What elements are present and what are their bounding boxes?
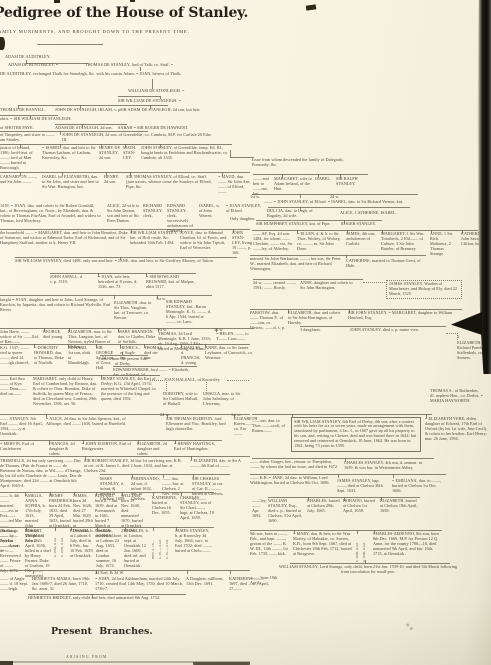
- pedigree-connector-line: [150, 105, 151, 109]
- pedigree-connector-line: [30, 115, 31, 119]
- pedigree-entry: JOHN STANLEY, of Greenfilde, temp. Ed. I…: [141, 146, 233, 161]
- pedigree-connector-line: [18, 105, 168, 106]
- pedigree-connector-line: [0, 527, 214, 528]
- pedigree-connector-line: [101, 375, 102, 379]
- pedigree-connector-line: [120, 344, 121, 348]
- pedigree-entry: ELIZABETH, buried at Chelsea 19th April,…: [380, 499, 418, 514]
- pedigree-connector-line: [374, 530, 375, 534]
- pedigree-connector-line: [0, 144, 232, 145]
- pedigree-connector-line: [0, 375, 160, 376]
- pedigree-connector-line: [0, 131, 148, 132]
- pedigree-entry: —— K.B. = JANE, 2d dau. to William, Lord…: [250, 476, 334, 486]
- pedigree-entry: TREMOILLE, 2d but only surviving —— Duc …: [0, 459, 82, 489]
- pedigree-connector-line: [150, 380, 163, 381]
- pedigree-connector-line: [37, 44, 103, 45]
- pedigree-entry: DULCIA, dau. to Legh, of Baguley, 2d wif…: [267, 209, 325, 219]
- pedigree-entry: SIR THOMAS EGERTON, lord Ellesmere and V…: [166, 417, 230, 432]
- pedigree-connector-line: [130, 172, 131, 176]
- pedigree-connector-line: [346, 255, 347, 258]
- pedigree-entry-rotated: b. 1654, d. inf.: [54, 529, 60, 557]
- pedigree-connector-line: [131, 229, 132, 233]
- pedigree-connector-line: [230, 157, 254, 158]
- pedigree-entry: FRANCES, 2d daughter & coheir.: [49, 442, 79, 457]
- pedigree-connector-line: [253, 279, 363, 280]
- pedigree-connector-line: [106, 172, 107, 176]
- pedigree-entry: HENRIETTA MARIA, born 19th Jan. 1686-7, …: [32, 577, 92, 592]
- pedigree-connector-line: [0, 229, 250, 230]
- pedigree-connector-line: [308, 497, 309, 501]
- pedigree-entry: MARGARET, only child of Henry, Earl of C…: [33, 377, 99, 407]
- pedigree-entry: SIR THOMAS STANLEY, of Elford, co. Staff…: [126, 175, 216, 190]
- pedigree-entry: A Daughter, stillborn, 13th Dec. 1691.: [186, 577, 226, 587]
- pedigree-connector-line: [15, 257, 237, 258]
- pedigree-entry: WILLIAM STANLEY, Esq., died s. p., burie…: [268, 499, 304, 524]
- pedigree-entry: = JOHN, 2d lord Ashburnham, married 24th…: [95, 577, 183, 592]
- pedigree-entry: SIR JOHN STANLEY. = MARGARET, daughter t…: [348, 311, 463, 321]
- pedigree-entry: DOROTHY, wife to Sir Cuthbert Halsall, o…: [163, 392, 199, 407]
- pedigree-entry: ANNE, dau. to Sir James Leyburne, of Cun…: [205, 346, 257, 361]
- pedigree-connector-line: [166, 382, 167, 391]
- pedigree-entry: MARGARET, wife to Adam Ireland, of the H…: [274, 177, 314, 192]
- pedigree-connector-line: [28, 594, 186, 595]
- pedigree-entry: = JOHN EGERTON, Earl of Bridgewater.: [82, 442, 134, 452]
- scanned-pedigree-page: Pedigree of the House of Stanley. FAMILY…: [0, 0, 491, 665]
- pedigree-entry: MARGARET, 1 Sir Wm. Troutbeck, 2 Eld—— o…: [381, 232, 427, 252]
- pedigree-entry: = ISABEL, dau. and heir to Sir Thomas La…: [42, 146, 98, 161]
- pedigree-connector-line: [98, 273, 99, 277]
- pedigree-connector-line: [125, 527, 126, 531]
- pedigree-connector-line: [0, 295, 212, 296]
- pedigree-connector-line: [250, 255, 426, 256]
- pedigree-connector-line: [300, 207, 301, 211]
- pedigree-entry: = SIR ROWLAND BELWARD, knt. of Malpas, o…: [146, 275, 198, 290]
- pedigree-entry: = JOAN STANLEY, of Elford.: [226, 204, 262, 214]
- pedigree-connector-line: [153, 492, 154, 496]
- pedigree-entry: JOYCE, dau. to Edmund Charlton, ld. of P…: [180, 231, 230, 251]
- pedigree-entry: DE AUDITHLEY, exchanged Thalk for Stonel…: [0, 72, 210, 77]
- pedigree-entry: JAMES, 4th son, archdeacon of Carlisle.: [346, 232, 376, 247]
- pedigree-entry: knight = JOAN, daughter and heir to John…: [0, 298, 112, 313]
- pedigree-entry: URSULA, mar. to Sir John Salisbury, of L…: [203, 392, 243, 407]
- pedigree-entry: SIR WILLIAM STANLEY, knt. of Holt castle…: [130, 231, 178, 246]
- pedigree-entry: MARIA-SOPHIA, born at Lathom 24 Aug. 165…: [96, 529, 122, 569]
- pedigree-connector-line: [181, 344, 182, 348]
- pedigree-entry: —— of Angle—— d. 18 Sept. ——leigh.: [0, 577, 30, 592]
- pedigree-entry: HENRIETTA BRIDGET, only child and heir, …: [28, 596, 188, 601]
- pedigree-entry: justice of Ireland, 1386; lord-lieut. of…: [0, 146, 40, 171]
- pedigree-entry: GEORGE, died young.: [43, 330, 65, 340]
- pedigree-connector-line: [122, 352, 123, 355]
- pedigree-connector-line: [381, 497, 382, 501]
- pedigree-connector-line: [462, 230, 463, 234]
- pedigree-connector-line: [252, 458, 434, 459]
- pedigree-entry: CHARLES, buried at Chelsea 29th July, 16…: [307, 499, 341, 514]
- pedigree-connector-line: [349, 309, 350, 313]
- pedigree-connector-line: [74, 492, 75, 496]
- pedigree-entry: ELIZABETH Raven—— co. Ess——: [234, 417, 254, 437]
- pedigree-entry: ADAM DE ALDITHLEY.: [5, 55, 65, 60]
- pedigree-entry: SIR ROBERT STANLEY, 2d but 1st surviving…: [84, 459, 184, 474]
- pedigree-connector-line: [80, 105, 81, 109]
- pedigree-entry: HENRY, 2d son.: [104, 175, 124, 185]
- pedigree-connector-line: [222, 172, 223, 176]
- pedigree-connector-line: [113, 366, 197, 367]
- pedigree-connector-line: [227, 380, 249, 381]
- footer-heading: Present Branches.: [51, 626, 153, 637]
- pedigree-entry-rotated: b. 1669, d. inf.: [363, 532, 369, 562]
- pedigree-connector-line: [144, 344, 145, 348]
- pedigree-entry: HORATIO, buried at Chelsea 1st April, 16…: [343, 499, 377, 514]
- pedigree-connector-line: [96, 570, 97, 574]
- pedigree-entry: —— STANLEY, 5th Earl ——, died 16 April, …: [0, 417, 44, 437]
- pedigree-entry: the household —— = MARGARET, dau. and he…: [0, 231, 128, 246]
- pedigree-connector-line: [160, 96, 161, 99]
- scan-edge-mark-corner: [0, 661, 13, 665]
- pedigree-entry: —— dau. ——, bur. at Chelsea, 2 Nov. 1661…: [162, 477, 188, 497]
- pedigree-connector-line: [60, 131, 61, 135]
- pedigree-entry: 9th son, born at ——, Feb., and bapt. ——,…: [250, 532, 290, 557]
- pedigree-entry: SIR WILLIAM STANLEY, died 1498, only son…: [15, 259, 240, 264]
- pedigree-entry: CHARLES, b. in London, sept. at Ormskirk…: [124, 529, 150, 569]
- pedigree-connector-line: [82, 124, 83, 128]
- pedigree-connector-line: [55, 527, 56, 531]
- pedigree-entry: HENRY FREDERICK, born 24 Feb. 1633, died…: [49, 494, 71, 529]
- pedigree-connector-line: [187, 570, 188, 574]
- pedigree-entry: PARSTOW, dau. —— Thomas P., of ——ton, co…: [250, 311, 286, 331]
- pedigree-connector-line: [50, 273, 196, 274]
- pedigree-connector-line: [253, 174, 368, 175]
- pedigree-connector-line: [252, 414, 432, 415]
- pedigree-connector-line: [146, 273, 147, 277]
- pedigree-entry: MARY BRANDON, dau. to Charles, Duke of S…: [118, 330, 156, 345]
- pedigree-entry: ——AF, Esq. 2d son, 1484, for whom —— Che…: [253, 232, 295, 252]
- pedigree-entry: = ELIZABETH VERE, eldest daughter of Edw…: [425, 417, 491, 442]
- pedigree-connector-line: [297, 230, 298, 234]
- pedigree-entry: RICHARD STANLEY, clerk,: [143, 204, 165, 219]
- pedigree-entry: 3 daughters.: [300, 328, 330, 333]
- pedigree-connector-line: [0, 570, 250, 571]
- pedigree-entry: ANNE, daughter and coheir to Sir John Ha…: [300, 281, 358, 291]
- pedigree-entry-rotated: b. 1668, d. inf.: [356, 532, 362, 562]
- pedigree-entry: SIR WILLIAM DE STONLEIGH. =: [118, 99, 196, 104]
- pedigree-connector-line: [252, 194, 418, 195]
- pedigree-entry: JOHN STAN- LEY, living 19 ——, p. 166.: [232, 231, 252, 256]
- pedigree-connector-line: [300, 326, 446, 327]
- pedigree-entry: ALICE. CATHERINE. ISABEL.: [340, 211, 412, 216]
- pedigree-connector-line: [344, 220, 345, 224]
- page-title: Pedigree of the House of Stanley.: [0, 5, 248, 21]
- pedigree-connector-line: [393, 474, 394, 478]
- pedigree-connector-line: [62, 172, 63, 176]
- pedigree-connector-line: [0, 440, 222, 441]
- pedigree-entry: CHARLES, d. FRANCIS, d. young.: [181, 346, 203, 366]
- pedigree-connector-line: [230, 570, 231, 574]
- pedigree-entry-rotated: b. 1655, d. inf.: [61, 529, 67, 557]
- pedigree-connector-line: [60, 144, 61, 148]
- pedigree-entry: SIR HUMPHREY STANLEY, knt. of Pipe.: [256, 222, 348, 227]
- pedigree-connector-line: [294, 530, 295, 534]
- pedigree-entry: CARNARVON ——, and Sir John ——: [0, 175, 40, 185]
- pedigree-connector-line: [250, 309, 462, 310]
- pedigree-connector-line: [100, 355, 148, 356]
- pedigree-entry: CHARLES-ZEDENNO, 8th son, born 8th Dec. …: [373, 532, 439, 557]
- pedigree-entry: of Timperley, and sister to ——am Stanley…: [0, 133, 56, 143]
- pedigree-entry: JOHN STANLEY, died s. p. matre viva.: [350, 328, 445, 333]
- pedigree-connector-line: [300, 194, 301, 198]
- pedigree-connector-line: [268, 207, 410, 208]
- pedigree-connector-line: [431, 230, 432, 234]
- pedigree-connector-line: [175, 440, 176, 444]
- pedigree-entry: JOHN ASPALL, d. s. p. 1519.: [50, 275, 86, 285]
- pedigree-entry: SIR EDWARD STANLEY, knt., Baron Monteagl…: [166, 300, 212, 325]
- pedigree-entry: THOMAS DE BANVILL.: [0, 108, 48, 113]
- pedigree-entry: THOMAS S., of Rotherdon, ill. nephew Hen…: [430, 389, 484, 404]
- pedigree-connector-line: [153, 527, 154, 531]
- pedigree-connector-line: [85, 456, 86, 460]
- pedigree-entry: JAMES STANLEY, b. at Knowsley 3d July, 1…: [175, 529, 213, 554]
- pedigree-connector-line: [288, 309, 289, 313]
- pedigree-connector-line: [25, 492, 26, 496]
- paper-smudge: [403, 621, 415, 631]
- pedigree-entry: SIR WILLIAM STANLEY, 6th Earl of Derby, …: [291, 417, 421, 452]
- pedigree-connector-line: [96, 492, 97, 496]
- pedigree-entry: JAMES STANLEY, bap. ——, died at Chelsea …: [337, 479, 387, 494]
- pedigree-entry: = ELIZABETH, dau. to Sir A——, 4th Earl o…: [190, 459, 248, 469]
- scan-nick-top: [130, 0, 135, 2]
- pedigree-entry: = MERVIN, Earl of Castlehaven.: [0, 442, 46, 452]
- pedigree-connector-line: [49, 440, 50, 444]
- pedigree-connector-line: [71, 527, 72, 531]
- pedigree-connector-line: [114, 295, 115, 299]
- pedigree-entry: = MAUD, dau. —— Sir John Ans—— of Elford…: [218, 175, 252, 195]
- pedigree-connector-line: [118, 328, 119, 332]
- pedigree-entry: 2d w. —— created ——, 1594; —— Horsly.: [253, 281, 297, 291]
- pedigree-entry: = JOAN, sole heir, betrothed at 8 years,…: [98, 275, 142, 290]
- pedigree-connector-line: [68, 344, 69, 348]
- pedigree-entry: = HELEN, —— to T—— Lanc——: [216, 332, 252, 342]
- scan-nick-top: [54, 0, 60, 3]
- pedigree-connector-line: [138, 440, 139, 444]
- pedigree-entry: = EMILIANA, dau. to ——, buried at Chelse…: [392, 479, 444, 494]
- pedigree-entry: = ELLEN, d. & h. to Sir Thos. Wolsey, of…: [297, 232, 343, 252]
- pedigree-entry: ANNE, 1 Sir Rich. Molineux, 2 Thomas Str…: [430, 232, 458, 257]
- pedigree-entry: CATHERINE, married to Thomas Gerst, of H…: [346, 259, 426, 269]
- pedigree-entry: WILLIAM STANLEY, Lord Strange, only chil…: [278, 565, 458, 575]
- pedigree-connector-line: [122, 492, 123, 496]
- pedigree-connector-line: [318, 174, 319, 178]
- pedigree-connector-line: [338, 474, 339, 478]
- pedigree-entry: JOHN DE STANLEGH, 2d son, of Greenfelde,…: [62, 133, 214, 143]
- pedigree-entry: ——ley, —— Apr. 1692.: [252, 499, 267, 519]
- pedigree-connector-line: [0, 456, 250, 457]
- pedigree-connector-line: [250, 474, 446, 475]
- pedigree-connector-line: [344, 497, 345, 501]
- pedigree-connector-line: [357, 530, 358, 534]
- pedigree-entry: Issue from whom descended the family of …: [252, 158, 357, 168]
- pedigree-connector-line: [100, 474, 230, 475]
- pedigree-entry: K.G. 1547; —— ried to queen ——; died 24 …: [0, 346, 32, 366]
- pedigree-connector-line: [97, 527, 98, 531]
- pedigree-entry-rotated: HEN. b. 16—: [152, 529, 158, 559]
- pedigree-connector-line: [0, 115, 58, 116]
- pedigree-connector-line: [347, 230, 348, 234]
- pedigree-connector-line: [345, 458, 346, 462]
- pedigree-connector-line: [34, 344, 35, 348]
- pedigree-connector-line: [234, 414, 235, 418]
- pedigree-connector-line: [426, 414, 427, 418]
- pedigree-entry: married Sir John Warburton, ——; her son,…: [250, 257, 342, 272]
- pedigree-connector-line: [158, 328, 159, 332]
- pedigree-connector-line: [363, 282, 385, 283]
- pedigree-entry: = HENRY HASTINGS, Earl of Huntingdon.: [174, 442, 220, 452]
- pedigree-entry: EDWARD, 1st son, obiit at Mannlelagh.: [68, 346, 92, 366]
- pedigree-entry: 1419; = JOAN, dau. and coheir to Sir Rob…: [0, 204, 103, 224]
- pedigree-entry: SIR ADAM DE STANLEGH, 2d son, but heir.: [120, 108, 218, 113]
- pedigree-connector-line: [216, 328, 217, 332]
- pedigree-connector-line: [191, 456, 192, 460]
- pedigree-connector-line: [256, 220, 382, 221]
- pedigree-entry: John Harte, —— widow of Sir ——llid, of B…: [0, 330, 40, 345]
- pedigree-connector-line: [44, 328, 45, 332]
- pedigree-connector-line: [0, 414, 250, 415]
- pedigree-connector-line: [167, 414, 168, 418]
- pedigree-entry: ISABEL, w. of John Warren.: [199, 204, 221, 219]
- pedigree-entry: —— Earl Stra—— of Kyn—— Dran—— died un——: [0, 377, 30, 397]
- pedigree-connector-line: [120, 257, 121, 260]
- pedigree-connector-line: [193, 474, 194, 478]
- pedigree-connector-line: [92, 594, 93, 598]
- pedigree-connector-line: [50, 492, 51, 496]
- pedigree-connector-line: [205, 344, 206, 348]
- pedigree-entry: ELIZABETH, 2d daughter and coheir.: [137, 442, 171, 457]
- pedigree-connector-line: [181, 229, 182, 233]
- pedigree-entry: CHARLES STANLEY, 4th son, d. unmarr. in …: [344, 461, 432, 471]
- pedigree-connector-line: [96, 344, 97, 348]
- pedigree-connector-line: [33, 570, 34, 574]
- pedigree-entry: = ALICE, 2d dau. to Sir John Spencer, kn…: [46, 417, 136, 427]
- pedigree-connector-line: [292, 414, 293, 418]
- pedigree-connector-line: [160, 144, 161, 148]
- pedigree-connector-line: [157, 295, 158, 299]
- pedigree-connector-line: [0, 172, 250, 173]
- pedigree-entry: HENRY DE STANLEY, 2d son.: [99, 146, 121, 161]
- pedigree-connector-line: [69, 328, 70, 332]
- pedigree-connector-line: [20, 144, 21, 148]
- pedigree-connector-line: [26, 63, 88, 64]
- pedigree-connector-line: [140, 67, 141, 71]
- pedigree-entry: ROGER STANLEY.: [341, 222, 383, 227]
- pedigree-entry: JAMES STANLEY, Warden of Manchester, and…: [386, 280, 462, 299]
- pedigree-entry: JOAN HALSALL, of Knowsley.: [164, 378, 226, 383]
- pedigree-connector-line: [250, 530, 442, 531]
- pedigree-connector-line: [0, 344, 250, 345]
- pedigree-connector-line: [55, 124, 127, 125]
- pedigree-entry: —— = JOHN STANLEY, of Elford. = ISABEL, …: [264, 200, 424, 205]
- pedigree-connector-line: [290, 563, 450, 564]
- pedigree-entry: = DOROTHY HOWARD, dau. to Thomas, Duke o…: [34, 346, 66, 366]
- pedigree-connector-line: [83, 440, 84, 444]
- pedigree-entry: ROBERT, THOMAS, born 26th April, 1656, k…: [25, 529, 51, 579]
- pedigree-entry: 1st w.: [250, 195, 264, 200]
- pedigree-entry: SIR RALPH STANLEY.: [336, 177, 370, 187]
- pedigree-entry: KATHERINE, buried at Chelsea 16 Dec. 165…: [152, 496, 176, 516]
- pedigree-connector-line: [132, 474, 133, 478]
- pedigree-connector-line: [282, 174, 283, 178]
- pedigree-entry-rotated: b. 16—, d. inf.: [159, 529, 165, 559]
- pedigree-connector-line: [101, 144, 102, 148]
- pedigree-entry: ELIZABETH, dau. and coheir to Sir John H…: [288, 311, 342, 326]
- pedigree-connector-line: [125, 144, 126, 148]
- pedigree-connector-line: [206, 382, 207, 391]
- page-subtitle: FAMILY MUNIMENTS, AND BROUGHT DOWN TO TH…: [0, 29, 190, 34]
- pedigree-connector-line: [340, 174, 341, 178]
- pedigree-entry: CHARLES STANLEY, son of Sir Charl——, bap…: [180, 496, 214, 521]
- pedigree-entry: ELIZABETH, dau. to Sir Thos. Vaughan, kn…: [114, 301, 154, 321]
- pedigree-entry: 1st dau. to —— by Amelia —— Lewis de —— …: [0, 529, 22, 574]
- pedigree-connector-line: [163, 474, 164, 478]
- pedigree-connector-line: [118, 96, 160, 97]
- pedigree-connector-line: [26, 527, 27, 531]
- pedigree-entry-rotated: b. 16—, d. inf.: [166, 529, 172, 559]
- scan-edge-mark-left: [0, 37, 5, 50]
- pedigree-connector-line: [18, 105, 19, 109]
- ink-mark: [306, 4, 317, 10]
- pedigree-entry: —— eldest Gorges, knt., remarr. to Theop…: [250, 460, 340, 470]
- pedigree-connector-line: [365, 560, 366, 564]
- pedigree-connector-line: [20, 172, 21, 176]
- pedigree-entry: = MARY, dau. & heir, to Sir Wm. Morley, …: [293, 532, 353, 557]
- pedigree-entry: MATH. STAN- LEY.: [123, 146, 139, 161]
- pedigree-connector-line: [181, 492, 182, 496]
- pedigree-entry: obiit. = SIR WILLIAM DE STANLEGH.: [0, 117, 82, 122]
- pedigree-connector-line: [46, 414, 47, 418]
- pedigree-entry: WALLIAM DE STONLEIGH. =: [128, 89, 198, 94]
- pedigree-connector-line: [382, 230, 383, 234]
- pedigree-entry: ISABEL (or ELIZABETH), dau. to Sir John,…: [42, 175, 102, 190]
- pedigree-connector-line: [457, 333, 458, 340]
- pedigree-connector-line: [176, 527, 177, 531]
- pedigree-entry: ——, born 19th April,: [250, 576, 282, 586]
- pedigree-connector-line: [252, 230, 478, 231]
- pedigree-connector-line: [152, 79, 153, 89]
- pedigree-entry: ALICE, 2d wife to Sir John Dutton, son a…: [107, 204, 141, 224]
- pedigree-connector-line: [233, 229, 234, 233]
- footer-subheading: ARISING FROM: [66, 655, 108, 659]
- pedigree-entry: ——ner, dau. to Thos. ——croft, of Ratten—…: [252, 419, 290, 434]
- pedigree-entry: EDWARD, b. at Lathom 6 July, died in 6 F…: [70, 529, 94, 559]
